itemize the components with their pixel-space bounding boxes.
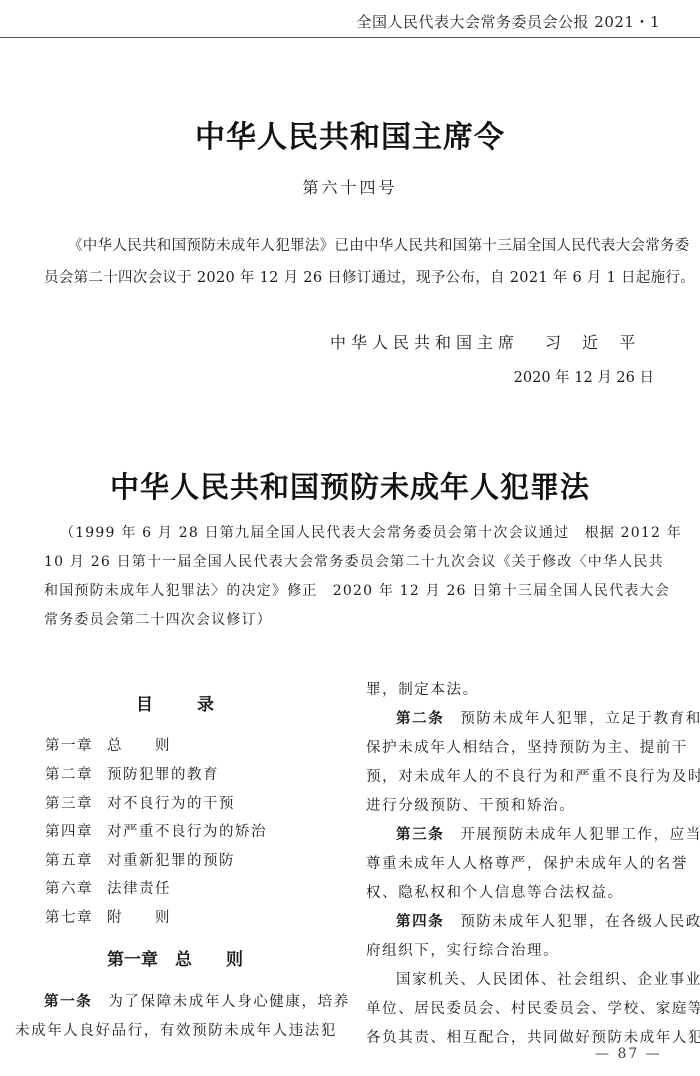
article-2-line-1: 第二条预防未成年人犯罪，立足于教育和 [396, 707, 700, 728]
toc-item[interactable]: 第一章总 则 [45, 734, 171, 755]
toc-chapter-name: 总 则 [107, 738, 171, 754]
signature: 中华人民共和国主席习 近 平 [330, 330, 643, 353]
toc-title-right: 录 [197, 695, 214, 715]
chapter-heading: 第一章 总 则 [15, 945, 335, 970]
toc-chapter: 第一章 [45, 734, 107, 755]
toc-chapter-name: 对重新犯罪的预防 [107, 853, 235, 869]
right-line: 国家机关、人民团体、社会组织、企业事业 [396, 968, 700, 989]
toc-chapter-name: 法律责任 [107, 881, 171, 897]
decree-body-line-1: 《中华人民共和国预防未成年人犯罪法》已由中华人民共和国第十三届全国人民代表大会常… [68, 230, 690, 262]
article-text: 预防未成年人犯罪，在各级人民政 [460, 914, 700, 930]
right-line: 保护未成年人相结合，坚持预防为主、提前干 [366, 736, 688, 757]
article-1-line-1: 第一条为了保障未成年人身心健康，培养 [44, 990, 350, 1011]
running-header-title: 全国人民代表大会常务委员会公报 2021・1 [357, 11, 661, 32]
toc-item[interactable]: 第六章法律责任 [45, 877, 171, 898]
history-line-2: 10 月 26 日第十一届全国人民代表大会常务委员会第二十九次会议《关于修改〈中… [44, 548, 664, 577]
toc-item[interactable]: 第七章附 则 [45, 906, 171, 927]
toc-item[interactable]: 第五章对重新犯罪的预防 [45, 849, 235, 870]
right-line: 预，对未成年人的不良行为和严重不良行为及时 [366, 765, 700, 786]
toc-chapter: 第五章 [45, 849, 107, 870]
article-1-line-2: 未成年人良好品行，有效预防未成年人违法犯 [15, 1019, 337, 1040]
running-header: 全国人民代表大会常务委员会公报 2021・1 [0, 0, 700, 38]
article-text: 预防未成年人犯罪，立足于教育和 [460, 711, 700, 727]
signature-date: 2020 年 12 月 26 日 [514, 366, 654, 387]
decree-title: 中华人民共和国主席令 [0, 112, 700, 156]
toc-chapter-name: 预防犯罪的教育 [107, 767, 219, 783]
toc-item[interactable]: 第四章对严重不良行为的矫治 [45, 820, 267, 841]
right-line: 权、隐私权和个人信息等合法权益。 [366, 881, 624, 902]
law-title: 中华人民共和国预防未成年人犯罪法 [0, 465, 700, 506]
article-label: 第二条 [396, 711, 444, 727]
toc-item[interactable]: 第三章对不良行为的干预 [45, 792, 235, 813]
toc-chapter: 第四章 [45, 820, 107, 841]
article-text: 开展预防未成年人犯罪工作，应当 [460, 827, 700, 843]
toc-title: 目录 [15, 690, 335, 715]
decree-body-line-2: 员会第二十四次会议于 2020 年 12 月 26 日修订通过，现予公布，自 2… [44, 262, 695, 294]
article-label: 第一条 [44, 994, 92, 1010]
right-line: 府组织下，实行综合治理。 [366, 939, 559, 960]
history-line-1: （1999 年 6 月 28 日第九届全国人民代表大会常务委员会第十次会议通过 … [60, 519, 682, 548]
history-line-4: 常务委员会第二十四次会议修订） [44, 606, 272, 635]
right-line: 进行分级预防、干预和矫治。 [366, 794, 575, 815]
signature-title: 中华人民共和国主席 [330, 333, 519, 352]
toc-chapter: 第六章 [45, 877, 107, 898]
toc-title-left: 目 [136, 695, 153, 715]
toc-chapter-name: 附 则 [107, 910, 171, 926]
right-line: 单位、居民委员会、村民委员会、学校、家庭等 [366, 997, 700, 1018]
signature-name: 习 近 平 [545, 333, 643, 352]
page-number: — 87 — [595, 1046, 662, 1062]
decree-number: 第六十四号 [0, 175, 700, 198]
right-line: 尊重未成年人人格尊严，保护未成年人的名誉 [366, 852, 688, 873]
toc-chapter: 第七章 [45, 906, 107, 927]
toc-chapter: 第二章 [45, 763, 107, 784]
right-line: 各负其责、相互配合，共同做好预防未成年人犯 [366, 1026, 700, 1047]
history-line-3: 和国预防未成年人犯罪法〉的决定》修正 2020 年 12 月 26 日第十三届全… [44, 577, 670, 606]
toc-chapter-name: 对不良行为的干预 [107, 796, 235, 812]
article-3-line-1: 第三条开展预防未成年人犯罪工作，应当 [396, 823, 700, 844]
article-4-line-1: 第四条预防未成年人犯罪，在各级人民政 [396, 910, 700, 931]
article-label: 第四条 [396, 914, 444, 930]
article-label: 第三条 [396, 827, 444, 843]
toc-chapter-name: 对严重不良行为的矫治 [107, 824, 267, 840]
right-line: 罪，制定本法。 [366, 678, 479, 699]
article-text: 为了保障未成年人身心健康，培养 [108, 994, 350, 1010]
toc-chapter: 第三章 [45, 792, 107, 813]
toc-item[interactable]: 第二章预防犯罪的教育 [45, 763, 219, 784]
